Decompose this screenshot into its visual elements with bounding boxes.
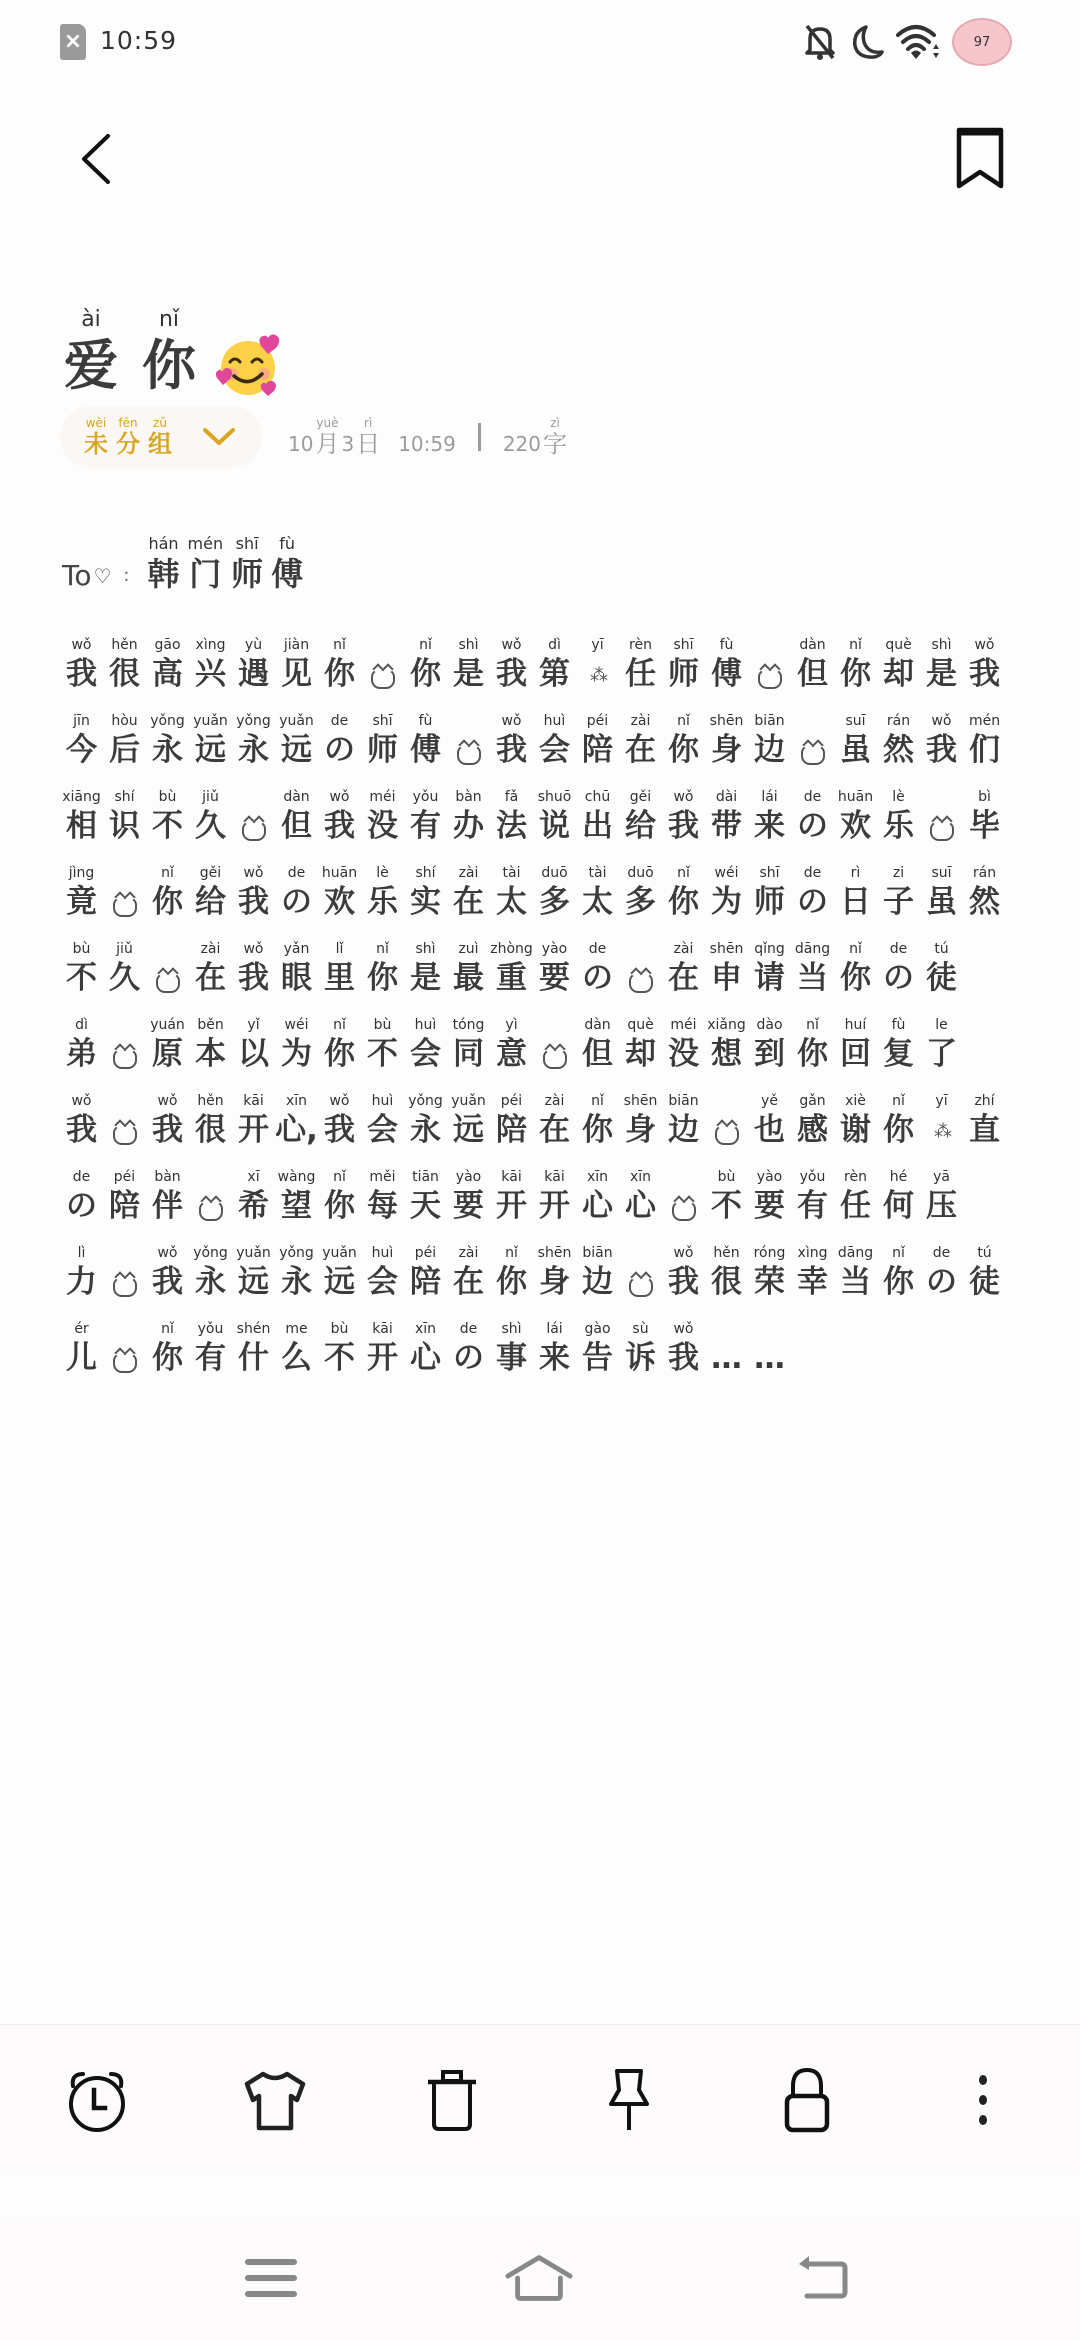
annotated-char: gāo高 — [146, 636, 189, 694]
theme-button[interactable] — [240, 2065, 310, 2135]
annotated-char: dì弟 — [60, 1016, 103, 1074]
annotated-char: deの — [447, 1320, 490, 1378]
system-back-button[interactable] — [788, 2248, 858, 2308]
no-sim-icon: × — [60, 24, 86, 60]
annotated-char: shī师 — [662, 636, 705, 694]
annotated-char: kāi开 — [533, 1168, 576, 1226]
cat-face-icon — [113, 1277, 137, 1297]
annotated-char: dāng当 — [834, 1244, 877, 1302]
chevron-left-icon — [70, 124, 130, 194]
bow-emoji-icon: yī⁂ — [576, 636, 619, 694]
annotated-char: nǐ你 — [490, 1244, 533, 1302]
annotated-char: yì意 — [490, 1016, 533, 1074]
annotated-char: rì日 — [834, 864, 877, 922]
annotated-char: rèn任 — [619, 636, 662, 694]
note-date: 10 yuè月 3 rì日 10:59 — [288, 416, 456, 458]
annotated-char: chū出 — [576, 788, 619, 846]
annotated-char: deの — [920, 1244, 963, 1302]
annotated-char: bàn伴 — [146, 1168, 189, 1226]
cat-face-icon — [113, 1125, 137, 1145]
annotated-char: nǐ你 — [576, 1092, 619, 1150]
annotated-char: yǒu有 — [404, 788, 447, 846]
annotated-char: yuǎn远 — [232, 1244, 275, 1302]
annotated-char: nǐ你 — [662, 864, 705, 922]
cat-emoji-icon — [103, 1320, 146, 1378]
title-char: ài 爱 — [64, 306, 118, 398]
annotated-char: tiān天 — [404, 1168, 447, 1226]
annotated-char: duō多 — [619, 864, 662, 922]
cat-emoji-icon — [103, 1244, 146, 1302]
annotated-char: nǐ你 — [834, 940, 877, 998]
annotated-char: nǐ你 — [318, 636, 361, 694]
battery-donut-icon: 97 — [952, 18, 1012, 66]
annotated-char: shuō说 — [533, 788, 576, 846]
annotated-char: shēn身 — [533, 1244, 576, 1302]
annotated-char: wàng望 — [275, 1168, 318, 1226]
annotated-char: bù不 — [361, 1016, 404, 1074]
annotated-char: … — [705, 1320, 748, 1378]
annotated-char: nǐ你 — [146, 864, 189, 922]
annotated-char: hěn很 — [103, 636, 146, 694]
cat-face-icon — [156, 973, 180, 993]
colon-glyph: ꞉ — [123, 558, 129, 594]
annotated-char: dàn但 — [576, 1016, 619, 1074]
annotated-char: shì事 — [490, 1320, 533, 1378]
annotated-char: yǎn眼 — [275, 940, 318, 998]
note-body-text[interactable]: wǒ我hěn很gāo高xìng兴yù遇jiàn见nǐ你nǐ你shì是wǒ我dì第… — [60, 618, 1020, 1378]
annotated-char: nǐ你 — [404, 636, 447, 694]
annotated-char: qǐng请 — [748, 940, 791, 998]
annotated-char: huì会 — [533, 712, 576, 770]
annotated-char: gěi给 — [189, 864, 232, 922]
annotated-char: dào到 — [748, 1016, 791, 1074]
annotated-char: lǐ里 — [318, 940, 361, 998]
meta-divider — [478, 423, 481, 451]
annotated-char: dài带 — [705, 788, 748, 846]
pin-button[interactable] — [594, 2065, 664, 2135]
annotated-char: yù遇 — [232, 636, 275, 694]
system-nav-bar — [0, 2220, 1080, 2340]
annotated-char: lè乐 — [877, 788, 920, 846]
note-line: xiāng相shí识bù不jiǔ久dàn但wǒ我méi没yǒu有bàn办fǎ法s… — [60, 770, 1020, 846]
mute-bell-icon — [802, 22, 838, 62]
annotated-char: rán然 — [877, 712, 920, 770]
annotated-char: xìng兴 — [189, 636, 232, 694]
annotated-char: gào告 — [576, 1320, 619, 1378]
annotated-char: xiǎng想 — [705, 1016, 748, 1074]
annotated-char: deの — [791, 864, 834, 922]
word-count: 220 zì字 — [503, 416, 567, 458]
annotated-char: běn本 — [189, 1016, 232, 1074]
annotated-char: bù不 — [60, 940, 103, 998]
cat-face-icon — [930, 821, 954, 841]
cat-emoji-icon — [619, 940, 662, 998]
annotated-char: deの — [877, 940, 920, 998]
annotated-char: le了 — [920, 1016, 963, 1074]
back-button[interactable] — [70, 124, 130, 194]
annotated-char: huí回 — [834, 1016, 877, 1074]
annotated-char: jiǔ久 — [103, 940, 146, 998]
annotated-char: wǒ我 — [490, 636, 533, 694]
battery-level: 97 — [974, 35, 991, 50]
cat-face-icon — [113, 1353, 137, 1373]
annotated-char: nǐ你 — [834, 636, 877, 694]
annotated-char: bù不 — [146, 788, 189, 846]
annotated-char: xīn心 — [576, 1168, 619, 1226]
annotated-char: péi陪 — [404, 1244, 447, 1302]
cat-emoji-icon — [232, 788, 275, 846]
annotated-char: róng荣 — [748, 1244, 791, 1302]
annotated-char: shēn身 — [619, 1092, 662, 1150]
annotated-char: què却 — [619, 1016, 662, 1074]
note-line: lì力wǒ我yǒng永yuǎn远yǒng永yuǎn远huì会péi陪zài在nǐ… — [60, 1226, 1020, 1302]
home-icon — [504, 2254, 574, 2302]
annotated-char: xīn心 — [404, 1320, 447, 1378]
annotated-char: gěi给 — [619, 788, 662, 846]
annotated-char: bù不 — [318, 1320, 361, 1378]
annotated-char: jiǔ久 — [189, 788, 232, 846]
annotated-char: yǒng永 — [275, 1244, 318, 1302]
annotated-char: yǒng永 — [232, 712, 275, 770]
annotated-char: nǐ你 — [361, 940, 404, 998]
annotated-char: què却 — [877, 636, 920, 694]
annotated-char: hòu后 — [103, 712, 146, 770]
status-time: 10:59 — [100, 26, 177, 55]
annotated-char: wǒ我 — [318, 1092, 361, 1150]
annotated-char: shì是 — [404, 940, 447, 998]
annotated-char: péi陪 — [576, 712, 619, 770]
more-vertical-icon — [973, 2070, 993, 2130]
annotated-char: nǐ你 — [791, 1016, 834, 1074]
annotated-char: lái来 — [533, 1320, 576, 1378]
annotated-char: shí识 — [103, 788, 146, 846]
note-time: 10:59 — [398, 430, 456, 458]
note-line: jīn今hòu后yǒng永yuǎn远yǒng永yuǎn远deのshī师fù傅wǒ… — [60, 694, 1020, 770]
cat-face-icon — [199, 1201, 223, 1221]
annotated-char: kāi开 — [361, 1320, 404, 1378]
recents-button[interactable] — [236, 2248, 306, 2308]
cat-emoji-icon — [447, 712, 490, 770]
annotated-char: me么 — [275, 1320, 318, 1378]
annotated-char: jiàn见 — [275, 636, 318, 694]
annotated-char: zài在 — [447, 864, 490, 922]
annotated-char: ér儿 — [60, 1320, 103, 1378]
cat-face-icon — [371, 669, 395, 689]
lock-icon — [779, 2066, 835, 2134]
pushpin-icon — [601, 2068, 657, 2132]
bow-emoji-icon: yī⁂ — [920, 1092, 963, 1150]
cat-emoji-icon — [662, 1168, 705, 1226]
cat-face-icon — [801, 745, 825, 765]
cat-emoji-icon — [533, 1016, 576, 1074]
annotated-char: shì是 — [447, 636, 490, 694]
annotated-char: kāi开 — [490, 1168, 533, 1226]
annotated-char: wéi为 — [275, 1016, 318, 1074]
note-line: wǒ我wǒ我hěn很kāi开xīn心,wǒ我huì会yǒng永yuǎn远péi陪… — [60, 1074, 1020, 1150]
cat-emoji-icon — [361, 636, 404, 694]
annotated-char: shì是 — [920, 636, 963, 694]
annotated-char: zài在 — [447, 1244, 490, 1302]
annotated-char: kāi开 — [232, 1092, 275, 1150]
cat-emoji-icon — [103, 1092, 146, 1150]
annotated-char: hé何 — [877, 1168, 920, 1226]
annotated-char: bì毕 — [963, 788, 1006, 846]
annotated-char: fǎ法 — [490, 788, 533, 846]
to-label: To ♡ ꞉ — [62, 558, 130, 594]
note-line: jìng竟nǐ你gěi给wǒ我deのhuān欢lè乐shí实zài在tài太du… — [60, 846, 1020, 922]
annotated-char: nǐ你 — [662, 712, 705, 770]
bow-icon: ⁂ — [934, 1112, 949, 1152]
cat-face-icon — [113, 1049, 137, 1069]
menu-lines-icon — [245, 2256, 297, 2300]
note-line: dì弟yuán原běn本yǐ以wéi为nǐ你bù不huì会tóng同yì意dàn… — [60, 998, 1020, 1074]
annotated-char: wǒ我 — [146, 1244, 189, 1302]
annotated-char: yǒng永 — [404, 1092, 447, 1150]
cat-emoji-icon — [189, 1168, 232, 1226]
cat-emoji-icon — [103, 1016, 146, 1074]
annotated-char: zài在 — [619, 712, 662, 770]
annotated-char: wǒ我 — [963, 636, 1006, 694]
annotated-char: měi每 — [361, 1168, 404, 1226]
annotated-char: zài在 — [662, 940, 705, 998]
chevron-down-icon — [202, 426, 236, 448]
annotated-char: yào要 — [447, 1168, 490, 1226]
annotated-char: yuǎn远 — [318, 1244, 361, 1302]
cat-emoji-icon — [791, 712, 834, 770]
smiling-face-with-hearts-icon — [212, 332, 284, 396]
annotated-char: wǒ我 — [920, 712, 963, 770]
annotated-char: wǒ我 — [232, 940, 275, 998]
title-char: nǐ 你 — [142, 306, 196, 398]
cat-face-icon — [715, 1125, 739, 1145]
annotated-char: dì第 — [533, 636, 576, 694]
annotated-char: lái来 — [748, 788, 791, 846]
heart-icon: ♡ — [93, 558, 111, 594]
tshirt-icon — [241, 2068, 309, 2132]
bottom-toolbar — [0, 2024, 1080, 2174]
annotated-char: fù傅 — [705, 636, 748, 694]
annotated-char: yě也 — [748, 1092, 791, 1150]
annotated-char: tài太 — [490, 864, 533, 922]
annotated-char: yǒng永 — [189, 1244, 232, 1302]
annotated-char: wǒ我 — [662, 788, 705, 846]
annotated-char: hěn很 — [189, 1092, 232, 1150]
annotated-char: sù诉 — [619, 1320, 662, 1378]
annotated-char: biān边 — [748, 712, 791, 770]
annotated-char: yào要 — [748, 1168, 791, 1226]
annotated-char: shēn身 — [705, 712, 748, 770]
note-title[interactable]: ài 爱 nǐ 你 — [64, 306, 284, 398]
annotated-char: jīn今 — [60, 712, 103, 770]
annotated-char: yā压 — [920, 1168, 963, 1226]
annotated-char: yuǎn远 — [189, 712, 232, 770]
annotated-char: zhí直 — [963, 1092, 1006, 1150]
annotated-char: zài在 — [189, 940, 232, 998]
annotated-char: duō多 — [533, 864, 576, 922]
annotated-char: deの — [318, 712, 361, 770]
more-button[interactable] — [948, 2065, 1018, 2135]
note-line: ér儿nǐ你yǒu有shén什me么bù不kāi开xīn心deのshì事lái来… — [60, 1302, 1020, 1378]
annotated-char: bù不 — [705, 1168, 748, 1226]
annotated-char: deの — [791, 788, 834, 846]
annotated-char: nǐ你 — [318, 1168, 361, 1226]
annotated-char: fù复 — [877, 1016, 920, 1074]
annotated-char: deの — [576, 940, 619, 998]
trash-icon — [422, 2068, 482, 2132]
annotated-char: suī虽 — [920, 864, 963, 922]
annotated-char: wǒ我 — [146, 1092, 189, 1150]
cat-emoji-icon — [146, 940, 189, 998]
annotated-char: tú徒 — [963, 1244, 1006, 1302]
annotated-char: shī师 — [748, 864, 791, 922]
annotated-char: zuì最 — [447, 940, 490, 998]
cat-face-icon — [543, 1049, 567, 1069]
annotated-char: dāng当 — [791, 940, 834, 998]
annotated-char: péi陪 — [490, 1092, 533, 1150]
wifi-icon — [894, 22, 942, 62]
note-line: deのpéi陪bàn伴xī希wàng望nǐ你měi每tiān天yào要kāi开k… — [60, 1150, 1020, 1226]
annotated-char: xīn心, — [275, 1092, 318, 1150]
annotated-char: yǒu有 — [791, 1168, 834, 1226]
annotated-char: yuán原 — [146, 1016, 189, 1074]
reminder-button[interactable] — [62, 2065, 132, 2135]
annotated-char: nǐ你 — [877, 1244, 920, 1302]
annotated-char: … — [748, 1320, 791, 1378]
annotated-char: huì会 — [361, 1092, 404, 1150]
annotated-char: xiè谢 — [834, 1092, 877, 1150]
annotated-char: nǐ你 — [318, 1016, 361, 1074]
annotated-char: wǒ我 — [60, 1092, 103, 1150]
recipient-line: To ♡ ꞉ hán韩 mén门 shī师 fù傅 — [62, 534, 303, 594]
annotated-char: wǒ我 — [662, 1320, 705, 1378]
annotated-char: dàn但 — [791, 636, 834, 694]
note-line: wǒ我hěn很gāo高xìng兴yù遇jiàn见nǐ你nǐ你shì是wǒ我dì第… — [60, 618, 1020, 694]
bookmark-button[interactable] — [950, 122, 1010, 194]
annotated-char: shēn申 — [705, 940, 748, 998]
cat-emoji-icon — [103, 864, 146, 922]
bow-icon: ⁂ — [590, 656, 605, 696]
annotated-char: méi没 — [361, 788, 404, 846]
annotated-char: yǐ以 — [232, 1016, 275, 1074]
cat-emoji-icon — [705, 1092, 748, 1150]
annotated-char: bàn办 — [447, 788, 490, 846]
category-dropdown[interactable]: wèi未 fēn分 zǔ组 — [60, 406, 262, 468]
annotated-char: shí实 — [404, 864, 447, 922]
annotated-char: wéi为 — [705, 864, 748, 922]
status-icons: 97 — [802, 14, 1012, 70]
annotated-char: gǎn感 — [791, 1092, 834, 1150]
annotated-char: nǐ你 — [877, 1092, 920, 1150]
bookmark-icon — [950, 122, 1010, 194]
cat-face-icon — [242, 821, 266, 841]
annotated-char: wǒ我 — [60, 636, 103, 694]
annotated-char: hěn很 — [705, 1244, 748, 1302]
annotated-char: péi陪 — [103, 1168, 146, 1226]
annotated-char: tóng同 — [447, 1016, 490, 1074]
annotated-char: xīn心 — [619, 1168, 662, 1226]
cat-emoji-icon — [619, 1244, 662, 1302]
annotated-char: biān边 — [662, 1092, 705, 1150]
annotated-char: wǒ我 — [318, 788, 361, 846]
annotated-char: suī虽 — [834, 712, 877, 770]
annotated-char: lì力 — [60, 1244, 103, 1302]
delete-button[interactable] — [417, 2065, 487, 2135]
annotated-char: deの — [275, 864, 318, 922]
annotated-char: shī师 — [361, 712, 404, 770]
alarm-clock-icon — [65, 2068, 129, 2132]
home-button[interactable] — [504, 2248, 574, 2308]
annotated-char: wǒ我 — [662, 1244, 705, 1302]
annotated-char: wǒ我 — [490, 712, 533, 770]
annotated-char: lè乐 — [361, 864, 404, 922]
annotated-char: zài在 — [533, 1092, 576, 1150]
back-arrow-icon — [795, 2254, 851, 2302]
note-line: bù不jiǔ久zài在wǒ我yǎn眼lǐ里nǐ你shì是zuì最zhòng重yà… — [60, 922, 1020, 998]
cat-face-icon — [629, 1277, 653, 1297]
annotated-char: wǒ我 — [232, 864, 275, 922]
annotated-char: huì会 — [361, 1244, 404, 1302]
annotated-char: xiāng相 — [60, 788, 103, 846]
annotated-char: fù傅 — [404, 712, 447, 770]
annotated-char: yào要 — [533, 940, 576, 998]
do-not-disturb-moon-icon — [848, 22, 884, 62]
cat-face-icon — [457, 745, 481, 765]
annotated-char: yuǎn远 — [275, 712, 318, 770]
cat-emoji-icon — [748, 636, 791, 694]
annotated-char: xìng幸 — [791, 1244, 834, 1302]
annotated-char: tú徒 — [920, 940, 963, 998]
annotated-char: dàn但 — [275, 788, 318, 846]
annotated-char: méi没 — [662, 1016, 705, 1074]
annotated-char: zi子 — [877, 864, 920, 922]
annotated-char: huān欢 — [834, 788, 877, 846]
annotated-char: zhòng重 — [490, 940, 533, 998]
annotated-char: shén什 — [232, 1320, 275, 1378]
cat-face-icon — [113, 897, 137, 917]
annotated-char: huì会 — [404, 1016, 447, 1074]
annotated-char: huān欢 — [318, 864, 361, 922]
annotated-char: nǐ你 — [146, 1320, 189, 1378]
cat-face-icon — [672, 1201, 696, 1221]
annotated-char: rèn任 — [834, 1168, 877, 1226]
note-meta: wèi未 fēn分 zǔ组 10 yuè月 3 rì日 10:59 220 zì… — [60, 406, 567, 468]
annotated-char: yuǎn远 — [447, 1092, 490, 1150]
annotated-char: xī希 — [232, 1168, 275, 1226]
annotated-char: mén们 — [963, 712, 1006, 770]
cat-face-icon — [758, 669, 782, 689]
cat-emoji-icon — [920, 788, 963, 846]
annotated-char: jìng竟 — [60, 864, 103, 922]
annotated-char: yǒng永 — [146, 712, 189, 770]
lock-button[interactable] — [772, 2065, 842, 2135]
annotated-char: rán然 — [963, 864, 1006, 922]
annotated-char: biān边 — [576, 1244, 619, 1302]
annotated-char: tài太 — [576, 864, 619, 922]
status-bar: × 10:59 97 — [0, 0, 1080, 84]
top-nav — [0, 100, 1080, 220]
annotated-char: deの — [60, 1168, 103, 1226]
annotated-char: yǒu有 — [189, 1320, 232, 1378]
cat-face-icon — [629, 973, 653, 993]
